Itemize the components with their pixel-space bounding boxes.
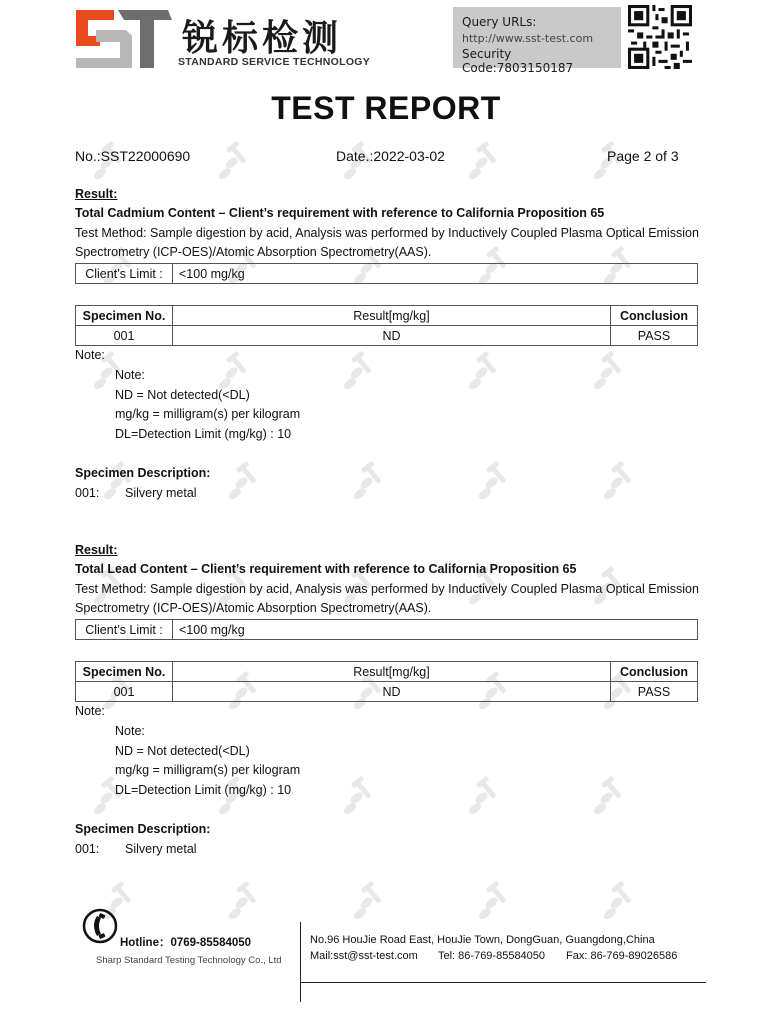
cell-result: ND: [173, 326, 611, 346]
page-number: Page 2 of 3: [607, 148, 679, 164]
sst-watermark-icon: [460, 775, 506, 821]
client-limit-value: <100 mg/kg: [173, 620, 698, 640]
footer-divider-horizontal: [300, 982, 706, 983]
sst-watermark-icon: [460, 140, 506, 186]
client-limit-label: Client’s Limit :: [76, 264, 173, 284]
sst-watermark-icon: [210, 775, 256, 821]
sst-watermark-icon: [585, 775, 631, 821]
cell-conclusion: PASS: [611, 682, 698, 702]
security-code: Security Code:7803150187: [462, 47, 621, 75]
note-label: Note:: [75, 348, 105, 362]
sst-watermark-icon: [345, 460, 391, 506]
sst-watermark-icon: [460, 350, 506, 396]
sst-watermark-icon: [470, 880, 516, 926]
sst-watermark-icon: [85, 775, 131, 821]
footer-mail: Mail:sst@sst-test.com: [310, 950, 418, 962]
cell-specimen-no: 001: [76, 326, 173, 346]
report-date: Date.:2022-03-02: [336, 148, 445, 164]
sst-watermark-icon: [220, 880, 266, 926]
cell-conclusion: PASS: [611, 326, 698, 346]
section-heading: Total Cadmium Content – Client’s require…: [75, 206, 604, 220]
specimen-description: Silvery metal: [125, 842, 197, 856]
specimen-description-label: Specimen Description:: [75, 466, 210, 480]
client-limit-table: Client’s Limit : <100 mg/kg: [75, 263, 698, 284]
footer-address: No.96 HouJie Road East, HouJie Town, Don…: [310, 934, 655, 946]
sst-watermark-icon: [595, 880, 641, 926]
test-method-line2: Spectrometry (ICP-OES)/Atomic Absorption…: [75, 245, 431, 259]
result-label: Result:: [75, 187, 117, 201]
client-limit-value: <100 mg/kg: [173, 264, 698, 284]
query-info-box: Query URLs: http://www.sst-test.com Secu…: [453, 7, 621, 68]
test-method-line2: Spectrometry (ICP-OES)/Atomic Absorption…: [75, 601, 431, 615]
test-method-line1: Test Method: Sample digestion by acid, A…: [75, 226, 699, 240]
note-line: DL=Detection Limit (mg/kg) : 10: [115, 427, 291, 441]
sst-watermark-icon: [585, 350, 631, 396]
st-logo-icon: [76, 10, 172, 68]
note-line: mg/kg = milligram(s) per kilogram: [115, 763, 300, 777]
cell-result: ND: [173, 682, 611, 702]
sst-watermark-icon: [335, 775, 381, 821]
result-table: Specimen No. Result[mg/kg] Conclusion 00…: [75, 305, 698, 346]
query-url-link[interactable]: http://www.sst-test.com: [462, 32, 593, 45]
report-number: No.:SST22000690: [75, 148, 190, 164]
header-result: Result[mg/kg]: [173, 662, 611, 682]
header-specimen-no: Specimen No.: [76, 306, 173, 326]
client-limit-table: Client’s Limit : <100 mg/kg: [75, 619, 698, 640]
footer-company-name: Sharp Standard Testing Technology Co., L…: [96, 955, 282, 966]
note-line: mg/kg = milligram(s) per kilogram: [115, 407, 300, 421]
header-conclusion: Conclusion: [611, 306, 698, 326]
cell-specimen-no: 001: [76, 682, 173, 702]
note-line: Note:: [115, 724, 145, 738]
phone-icon: [82, 908, 120, 944]
header-result: Result[mg/kg]: [173, 306, 611, 326]
test-method-line1: Test Method: Sample digestion by acid, A…: [75, 582, 699, 596]
company-name-en: STANDARD SERVICE TECHNOLOGY: [178, 56, 370, 68]
sst-watermark-icon: [210, 140, 256, 186]
result-table: Specimen No. Result[mg/kg] Conclusion 00…: [75, 661, 698, 702]
company-name-cn: 锐标检测: [182, 10, 342, 61]
sst-watermark-icon: [220, 460, 266, 506]
note-line: ND = Not detected(<DL): [115, 388, 250, 402]
section-heading: Total Lead Content – Client’s requiremen…: [75, 562, 576, 576]
header-conclusion: Conclusion: [611, 662, 698, 682]
page-title: TEST REPORT: [0, 90, 760, 127]
sst-watermark-icon: [470, 460, 516, 506]
table-row: 001 ND PASS: [76, 682, 698, 702]
table-row: 001 ND PASS: [76, 326, 698, 346]
sst-watermark-icon: [595, 460, 641, 506]
footer-fax: Fax: 86-769-89026586: [566, 950, 677, 962]
note-line: DL=Detection Limit (mg/kg) : 10: [115, 783, 291, 797]
footer-divider-vertical: [300, 922, 301, 1002]
sst-watermark-icon: [345, 880, 391, 926]
header-specimen-no: Specimen No.: [76, 662, 173, 682]
query-label: Query URLs:: [462, 15, 536, 29]
note-label: Note:: [75, 704, 105, 718]
specimen-description: Silvery metal: [125, 486, 197, 500]
specimen-description-label: Specimen Description:: [75, 822, 210, 836]
sst-watermark-icon: [335, 350, 381, 396]
client-limit-label: Client’s Limit :: [76, 620, 173, 640]
qr-code-icon: [628, 5, 692, 69]
hotline: Hotline：0769-85584050: [120, 934, 251, 950]
specimen-id: 001:: [75, 842, 99, 856]
note-line: ND = Not detected(<DL): [115, 744, 250, 758]
result-label: Result:: [75, 543, 117, 557]
specimen-id: 001:: [75, 486, 99, 500]
note-line: Note:: [115, 368, 145, 382]
footer-tel: Tel: 86-769-85584050: [438, 950, 545, 962]
